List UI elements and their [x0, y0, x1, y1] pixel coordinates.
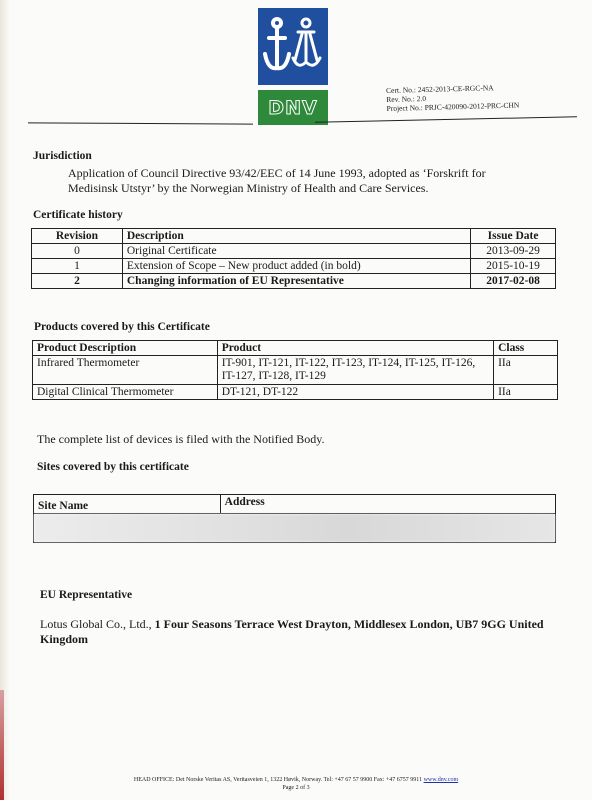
column-header: Address	[220, 495, 555, 514]
logo-text: DNV	[268, 97, 317, 119]
table-header-row: Revision Description Issue Date	[32, 229, 556, 244]
header-rule-left	[28, 122, 253, 124]
column-header: Issue Date	[471, 229, 556, 244]
eu-rep-company: Lotus Global Co., Ltd.,	[40, 617, 152, 631]
description-cell: Changing information of EU Representativ…	[122, 274, 470, 289]
dnv-wordmark: DNV	[258, 90, 328, 125]
footer-head-office: HEAD OFFICE: Det Norske Veritas AS, Veri…	[134, 777, 422, 783]
product-cell: DT-121, DT-122	[217, 385, 493, 400]
column-header: Revision	[32, 229, 123, 244]
devices-note: The complete list of devices is filed wi…	[37, 432, 325, 447]
redacted-site-cell	[34, 514, 556, 543]
product-cell: IT-901, IT-121, IT-122, IT-123, IT-124, …	[217, 356, 493, 385]
table-row: 2 Changing information of EU Representat…	[32, 274, 556, 289]
footer-head-office-line: HEAD OFFICE: Det Norske Veritas AS, Veri…	[0, 776, 592, 784]
product-description-cell: Infrared Thermometer	[33, 356, 218, 385]
eu-representative-title: EU Representative	[40, 589, 132, 601]
eu-representative-text: Lotus Global Co., Ltd., 1 Four Seasons T…	[40, 617, 550, 647]
rev-number: 2.0	[417, 94, 427, 103]
column-header: Product Description	[33, 341, 218, 356]
table-header-row: Product Description Product Class	[33, 341, 558, 356]
page-number: Page 2 of 3	[0, 784, 592, 792]
description-cell: Original Certificate	[122, 244, 470, 259]
table-row: 1 Extension of Scope – New product added…	[32, 259, 556, 274]
column-header: Site Name	[34, 495, 221, 514]
description-cell: Extension of Scope – New product added (…	[122, 259, 470, 274]
column-header: Class	[494, 341, 558, 356]
jurisdiction-title: Jurisdiction	[33, 150, 92, 162]
revision-cell: 2	[32, 274, 123, 289]
product-description-cell: Digital Clinical Thermometer	[33, 385, 218, 400]
products-table: Product Description Product Class Infrar…	[32, 340, 558, 400]
certificate-history-table: Revision Description Issue Date 0 Origin…	[31, 228, 556, 289]
sites-table: Site Name Address	[33, 494, 556, 543]
anchor-scales-emblem-icon	[258, 8, 328, 85]
table-row: Digital Clinical Thermometer DT-121, DT-…	[33, 385, 558, 400]
revision-cell: 0	[32, 244, 123, 259]
products-title: Products covered by this Certificate	[34, 321, 210, 333]
footer-website-link[interactable]: www.dnv.com	[424, 777, 459, 783]
redacted-blur	[34, 514, 555, 542]
table-row: 0 Original Certificate 2013-09-29	[32, 244, 556, 259]
header-rule-right	[315, 116, 577, 122]
certificate-info: Cert. No.: 2452-2013-CE-RGC-NA Rev. No.:…	[386, 83, 519, 113]
page-edge-shadow	[0, 0, 10, 800]
class-cell: IIa	[494, 385, 558, 400]
dnv-logo: DNV	[258, 8, 328, 125]
page-footer: HEAD OFFICE: Det Norske Veritas AS, Veri…	[0, 776, 592, 792]
issue-date-cell: 2015-10-19	[471, 259, 556, 274]
table-header-row: Site Name Address	[34, 495, 556, 514]
jurisdiction-text: Application of Council Directive 93/42/E…	[68, 166, 508, 196]
issue-date-cell: 2013-09-29	[471, 244, 556, 259]
table-row: Infrared Thermometer IT-901, IT-121, IT-…	[33, 356, 558, 385]
column-header: Description	[122, 229, 470, 244]
table-row-redacted	[34, 514, 556, 543]
certificate-history-title: Certificate history	[33, 209, 123, 221]
revision-cell: 1	[32, 259, 123, 274]
class-cell: IIa	[494, 356, 558, 385]
project-number: PRJC-420090-2012-PRC-CHN	[425, 101, 520, 112]
column-header: Product	[217, 341, 493, 356]
issue-date-cell: 2017-02-08	[471, 274, 556, 289]
sites-title: Sites covered by this certificate	[37, 461, 189, 473]
